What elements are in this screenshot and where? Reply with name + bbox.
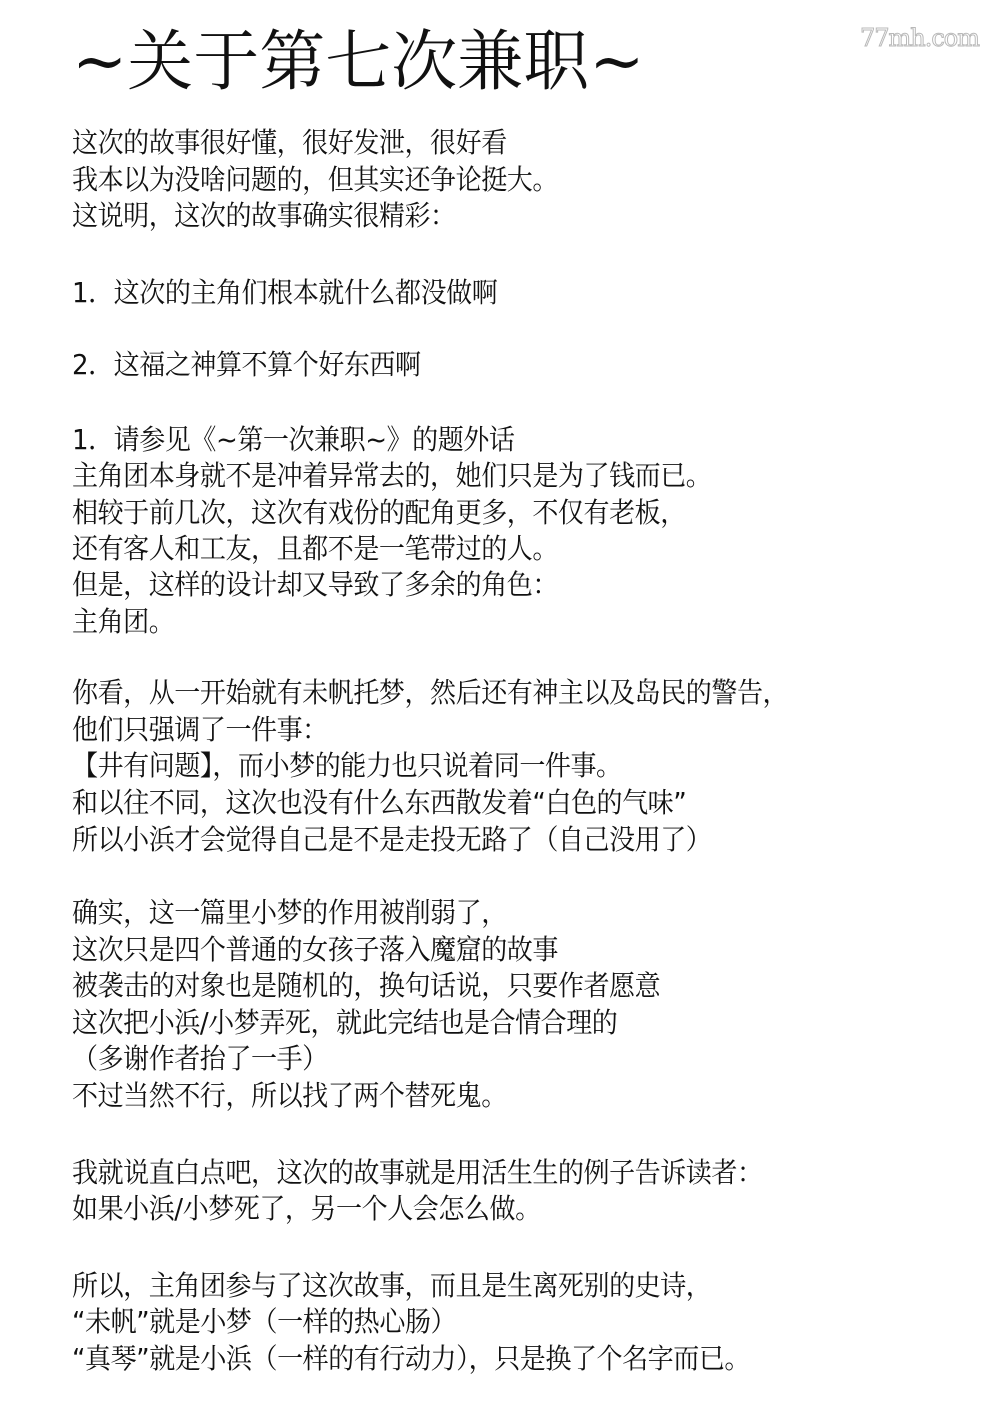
text-line: 我本以为没啥问题的，但其实还争论挺大。 [72, 162, 558, 198]
text-line: 这次把小浜/小梦弄死，就此完结也是合情合理的 [72, 1005, 617, 1041]
watermark: 77mh.com [860, 24, 979, 52]
text-line: 你看，从一开始就有未帆托梦，然后还有神主以及岛民的警告， [72, 675, 788, 711]
text-line: 不过当然不行，所以找了两个替死鬼。 [72, 1078, 507, 1114]
text-line: “真琴”就是小浜（一样的有行动力），只是换了个名字而已。 [72, 1341, 750, 1377]
text-line: （多谢作者抬了一手） [72, 1041, 328, 1077]
text-line: 这次的故事很好懂，很好发泄，很好看 [72, 125, 507, 161]
text-line: 【井有问题】，而小梦的能力也只说着同一件事。 [72, 748, 622, 784]
text-line: 主角团本身就不是冲着异常去的，她们只是为了钱而已。 [72, 458, 711, 494]
text-line: 所以小浜才会觉得自己是不是走投无路了（自己没用了） [72, 822, 711, 858]
text-line: 所以，主角团参与了这次故事，而且是生离死别的史诗， [72, 1268, 711, 1304]
page-title: ~关于第七次兼职~ [72, 22, 645, 102]
text-line: “未帆”就是小梦（一样的热心肠） [72, 1304, 456, 1340]
text-line: 但是，这样的设计却又导致了多余的角色： [72, 567, 558, 603]
text-line: 这次只是四个普通的女孩子落入魔窟的故事 [72, 932, 558, 968]
text-line: 还有客人和工友，且都不是一笔带过的人。 [72, 531, 558, 567]
list-item-2: 2．这福之神算不算个好东西啊 [72, 347, 421, 383]
text-line: 我就说直白点吧，这次的故事就是用活生生的例子告诉读者： [72, 1155, 763, 1191]
text-line: 这说明，这次的故事确实很精彩： [72, 198, 456, 234]
text-line: 他们只强调了一件事： [72, 712, 328, 748]
text-line: 和以往不同，这次也没有什么东西散发着“白色的气味” [72, 785, 686, 821]
text-line: 相较于前几次，这次有戏份的配角更多，不仅有老板， [72, 495, 686, 531]
section-heading-1: 1．请参见《~第一次兼职~》的题外话 [72, 422, 514, 458]
text-line: 主角团。 [72, 604, 174, 640]
text-line: 如果小浜/小梦死了，另一个人会怎么做。 [72, 1191, 541, 1227]
text-line: 被袭击的对象也是随机的，换句话说，只要作者愿意 [72, 968, 660, 1004]
list-item-1: 1．这次的主角们根本就什么都没做啊 [72, 275, 497, 311]
text-line: 确实，这一篇里小梦的作用被削弱了， [72, 895, 507, 931]
